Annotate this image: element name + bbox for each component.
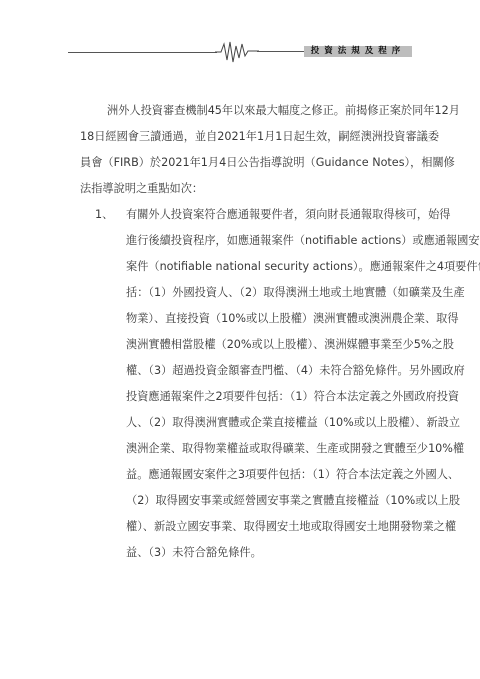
list-item-line: 有關外人投資案符合應通報要件者，須向財長通報取得核可，始得 (126, 208, 450, 222)
list-item-line: 權）、新設立國安事業、取得國安土地或取得國安土地開發物業之權 (126, 520, 456, 534)
list-item-line: 括：（1）外國投資人、（2）取得澳洲土地或土地實體（如礦業及生產 (126, 286, 465, 300)
list-item-line: 投資應通報案件之2項要件包括：（1）符合本法定義之外國政府投資 (126, 390, 459, 404)
list-item-line: 進行後續投資程序，如應通報案件（notifiable actions）或應通報國… (126, 234, 480, 248)
list-item-line: 權、（3）超過投資金額審查門檻、（4）未符合豁免條件。另外國政府 (126, 364, 465, 378)
intro-line: 洲外人投資審查機制45年以來最大幅度之修正。前揭修正案於同年12月 (107, 104, 460, 118)
header-rule-right (257, 51, 305, 52)
intro-line: 法指導說明之重點如次： (80, 182, 203, 196)
list-item-line: 澳洲企業、取得物業權益或取得礦業、生產或開發之實體至少10%權 (126, 442, 464, 456)
list-item-line: 澳洲實體相當股權（20%或以上股權）、澳洲媒體事業至少5%之股 (126, 338, 454, 352)
list-item-line: 物業）、直接投資（10%或以上股權）澳洲實體或澳洲農企業、取得 (126, 312, 459, 326)
list-item-line: （2）取得國安事業或經營國安事業之實體直接權益（10%或以上股 (126, 494, 460, 508)
section-title: 投資法規及程序 (304, 46, 412, 57)
list-number: 1、 (95, 208, 113, 222)
list-item-line: 人、（2）取得澳洲實體或企業直接權益（10%或以上股權）、新設立 (126, 416, 460, 430)
list-item-line: 益。應通報國安案件之3項要件包括：（1）符合本法定義之外國人、 (126, 468, 459, 482)
header-rule-left (68, 52, 217, 53)
zigzag-decoration-icon (215, 40, 259, 64)
list-item-line: 益、（3）未符合豁免條件。 (126, 546, 262, 560)
intro-line: 員會（FIRB）於2021年1月4日公告指導說明（Guidance Notes）… (80, 156, 455, 170)
list-item-line: 案件（notifiable national security actions）… (126, 260, 480, 274)
intro-line: 18日經國會三讀通過，並自2021年1月1日起生效，嗣經澳洲投資審議委 (80, 130, 439, 144)
running-header: 投資法規及程序 (0, 0, 480, 70)
